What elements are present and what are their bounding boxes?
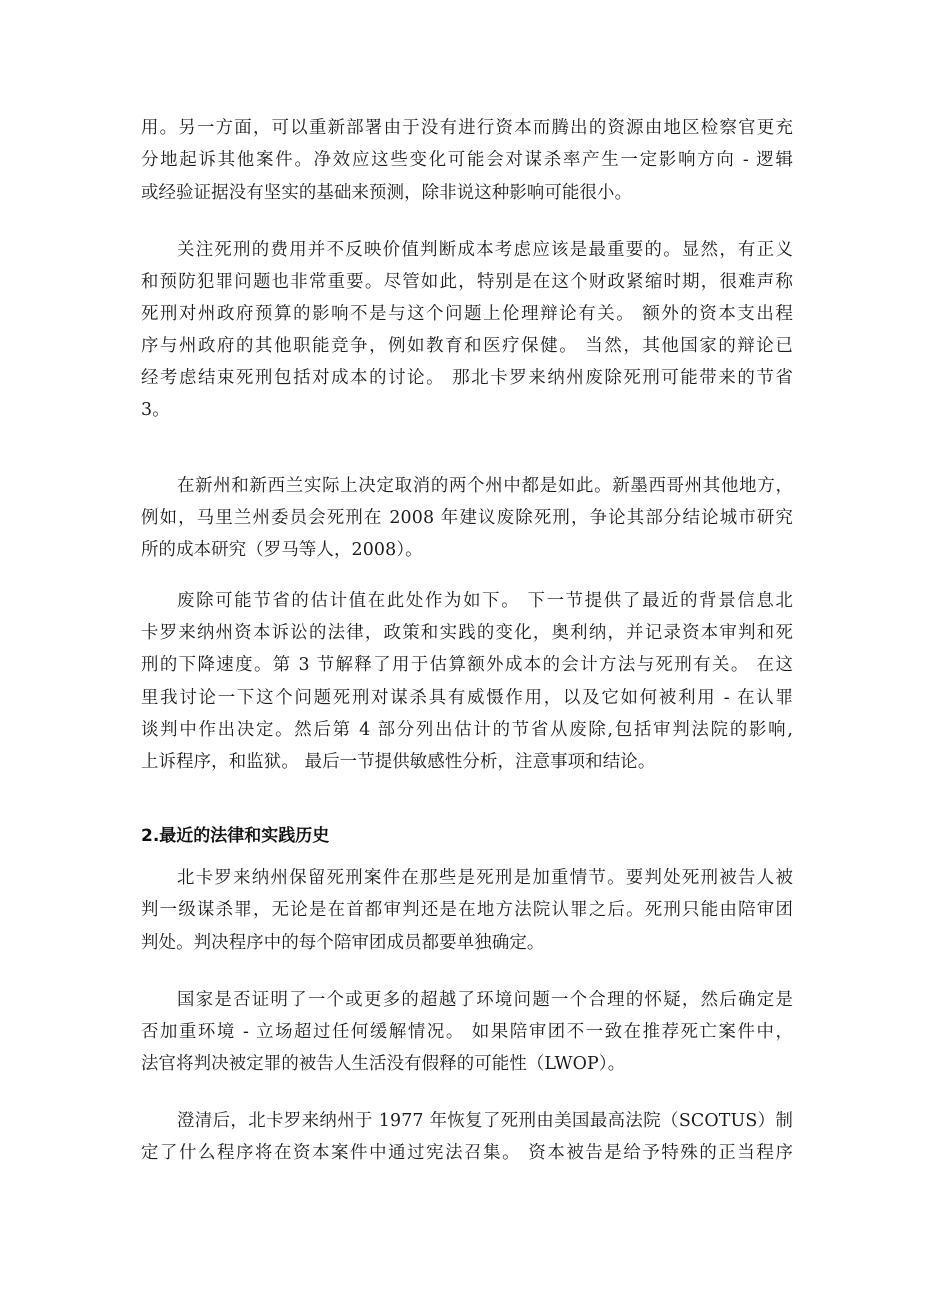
- paragraph-line: 否加重环境 - 立场超过任何缓解情况。 如果陪审团不一致在推荐死亡案件中，: [141, 1016, 793, 1048]
- paragraph-line: 序与州政府的其他职能竞争，例如教育和医疗保健。 当然，其他国家的辩论已: [141, 330, 793, 362]
- paragraph-line: 谈判中作出决定。然后第 4 部分列出估计的节省从废除,包括审判法院的影响,: [141, 714, 793, 746]
- paragraph-line: 分地起诉其他案件。净效应这些变化可能会对谋杀率产生一定影响方向 - 逻辑: [141, 144, 793, 176]
- paragraph-line: 澄清后，北卡罗来纳州于 1977 年恢复了死刑由美国最高法院（SCOTUS）制: [177, 1105, 793, 1137]
- paragraph-line: 例如，马里兰州委员会死刑在 2008 年建议废除死刑，争论其部分结论城市研究: [141, 502, 793, 534]
- section-heading: 2.最近的法律和实践历史: [141, 820, 329, 852]
- paragraph-line: 判一级谋杀罪，无论是在首都审判还是在地方法院认罪之后。死刑只能由陪审团: [141, 894, 793, 926]
- paragraph-line: 在新州和新西兰实际上决定取消的两个州中都是如此。新墨西哥州其他地方，: [177, 470, 793, 502]
- paragraph-line: 废除可能节省的估计值在此处作为如下。 下一节提供了最近的背景信息北: [177, 585, 793, 617]
- paragraph-line: 3。: [141, 394, 793, 426]
- paragraph-line: 法官将判决被定罪的被告人生活没有假释的可能性（LWOP）。: [141, 1048, 793, 1080]
- paragraph-line: 经考虑结束死刑包括对成本的讨论。 那北卡罗来纳州废除死刑可能带来的节省: [141, 362, 793, 394]
- paragraph-line: 判处。判决程序中的每个陪审团成员都要单独确定。: [141, 927, 793, 959]
- paragraph-line: 里我讨论一下这个问题死刑对谋杀具有威慑作用，以及它如何被利用 - 在认罪: [141, 682, 793, 714]
- paragraph-line: 所的成本研究（罗马等人，2008）。: [141, 534, 793, 566]
- paragraph-line: 或经验证据没有坚实的基础来预测，除非说这种影响可能很小。: [141, 177, 793, 209]
- paragraph-line: 和预防犯罪问题也非常重要。尽管如此，特别是在这个财政紧缩时期，很难声称: [141, 266, 793, 298]
- paragraph-line: 国家是否证明了一个或更多的超越了环境问题一个合理的怀疑，然后确定是: [177, 984, 793, 1016]
- paragraph-line: 刑的下降速度。第 3 节解释了用于估算额外成本的会计方法与死刑有关。 在这: [141, 649, 793, 681]
- paragraph-line: 关注死刑的费用并不反映价值判断成本考虑应该是最重要的。显然，有正义: [177, 234, 793, 266]
- paragraph-line: 北卡罗来纳州保留死刑案件在那些是死刑是加重情节。要判处死刑被告人被: [177, 862, 793, 894]
- paragraph-line: 死刑对州政府预算的影响不是与这个问题上伦理辩论有关。 额外的资本支出程: [141, 298, 793, 330]
- document-page: 用。另一方面，可以重新部署由于没有进行资本而腾出的资源由地区检察官更充 分地起诉…: [0, 0, 926, 1309]
- paragraph-line: 用。另一方面，可以重新部署由于没有进行资本而腾出的资源由地区检察官更充: [141, 112, 793, 144]
- paragraph-line: 卡罗来纳州资本诉讼的法律，政策和实践的变化，奥利纳，并记录资本审判和死: [141, 617, 793, 649]
- paragraph-line: 上诉程序，和监狱。 最后一节提供敏感性分析，注意事项和结论。: [141, 746, 793, 778]
- paragraph-line: 定了什么程序将在资本案件中通过宪法召集。 资本被告是给予特殊的正当程序: [141, 1137, 793, 1169]
